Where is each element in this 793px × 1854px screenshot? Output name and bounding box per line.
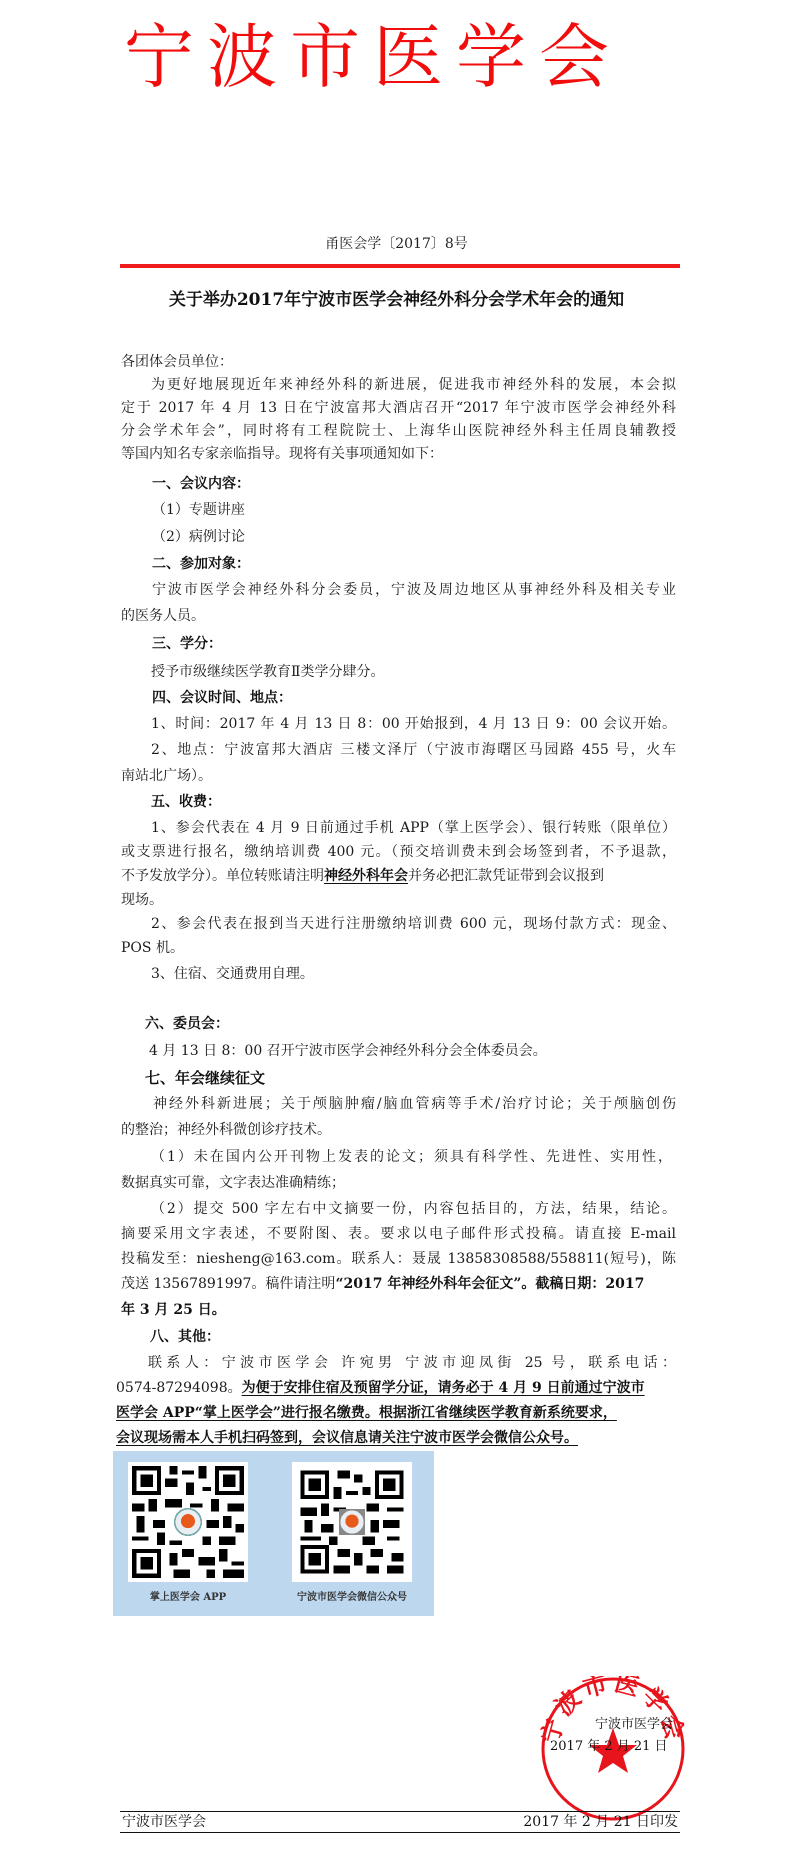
qr-caption-app: 掌上医学会 APP: [108, 1588, 268, 1603]
section-heading-3: 三、学分：: [152, 634, 707, 654]
text-span: 并务必把汇款凭证带到会议报到: [408, 868, 604, 884]
paragraph-line: 南站北广场）。: [121, 766, 676, 786]
paragraph-line: 神经外科新进展；关于颅脑肿瘤/脑血管病等手术/治疗讨论；关于颅脑创伤: [153, 1094, 676, 1114]
salutation: 各团体会员单位：: [121, 352, 676, 372]
footer-org: 宁波市医学会: [122, 1813, 206, 1831]
paragraph-line: 不予发放学分）。单位转账请注明神经外科年会并务必把汇款凭证带到会议报到: [121, 866, 676, 886]
intro-line: 等国内知名专家亲临指导。现将有关事项通知如下：: [121, 444, 676, 464]
signature-date: 2017 年 2 月 21 日: [550, 1735, 668, 1754]
section-heading-1: 一、会议内容：: [152, 474, 707, 494]
footer-rule-top: [120, 1811, 680, 1812]
paragraph-line: （1）未在国内公开刊物上发表的论文；须具有科学性、先进性、实用性，: [151, 1147, 672, 1167]
paragraph-line: 医学会 APP“掌上医学会”进行报名缴费。根据浙江省继续医学教育新系统要求，: [116, 1403, 671, 1423]
paragraph-line: 数据真实可靠，文字表达准确精练；: [121, 1173, 676, 1193]
list-item: （1）专题讲座: [152, 500, 707, 520]
paragraph-line: 宁波市医学会神经外科分会委员，宁波及周边地区从事神经外科及相关专业: [152, 580, 676, 600]
section-heading-5: 五、收费：: [151, 792, 706, 812]
paragraph-line: 0574-87294098。为便于安排住宿及预留学分证，请务必于 4 月 9 日…: [116, 1378, 671, 1398]
paragraph-line: 授予市级继续医学教育Ⅱ类学分肆分。: [151, 662, 706, 682]
paragraph-line: 投稿发至：niesheng@163.com。联系人：聂晟 13858308588…: [121, 1249, 676, 1269]
qr-code-icon[interactable]: [292, 1462, 412, 1582]
paragraph-line: 会议现场需本人手机扫码签到，会议信息请关注宁波市医学会微信公众号。: [116, 1428, 671, 1448]
section-heading-4: 四、会议时间、地点：: [152, 688, 707, 708]
section-heading-2: 二、参加对象：: [152, 554, 707, 574]
qr-caption-wechat: 宁波市医学会微信公众号: [272, 1588, 432, 1603]
paragraph-line: 的医务人员。: [121, 606, 676, 626]
text-span: 不予发放学分）。单位转账请注明: [121, 868, 324, 884]
section-heading-6: 六、委员会：: [145, 1014, 700, 1034]
phone-number: 0574-87294098。: [116, 1380, 242, 1396]
paragraph-line: 联系人：宁波市医学会 许宛男 宁波市迎凤街 25 号，联系电话：: [148, 1353, 676, 1373]
notice-title: 关于举办2017年宁波市医学会神经外科分会学术年会的通知: [0, 288, 793, 312]
paragraph-line: 4 月 13 日 8：00 召开宁波市医学会神经外科分会全体委员会。: [149, 1041, 704, 1061]
list-item: （2）病例讨论: [152, 527, 707, 547]
document-number: 甬医会学〔2017〕8号: [0, 234, 793, 254]
paragraph-line: （2）提交 500 字左右中文摘要一份，内容包括目的，方法，结果，结论。: [151, 1199, 676, 1219]
paragraph-line: 茂送 13567891997。稿件请注明“2017 年神经外科年会征文”。截稿日…: [121, 1274, 676, 1294]
paragraph-line: 2、参会代表在报到当天进行注册缴纳培训费 600 元，现场付款方式：现金、: [151, 914, 676, 934]
section-heading-7: 七、年会继续征文: [145, 1068, 700, 1088]
footer-rule-bottom: [120, 1832, 680, 1833]
signature-org: 宁波市医学会: [595, 1713, 673, 1732]
emphasis-text: 为便于安排住宿及预留学分证，请务必于 4 月 9 日前通过宁波市: [242, 1380, 645, 1396]
paragraph-line: 摘要采用文字表述，不要附图、表。要求以电子邮件形式投稿。请直接 E-mail: [121, 1224, 676, 1244]
intro-line: 分会学术年会”，同时将有工程院院士、上海华山医院神经外科主任周良辅教授: [121, 421, 676, 441]
paragraph-line: 现场。: [121, 890, 676, 910]
emphasis-text: 神经外科年会: [324, 868, 408, 884]
paragraph-line: 的整治；神经外科微创诊疗技术。: [121, 1120, 676, 1140]
qr-code-icon[interactable]: [128, 1462, 248, 1582]
paragraph-line: 或支票进行报名，缴纳培训费 400 元。（预交培训费未到会场签到者，不予退款，: [121, 842, 676, 862]
qr-code-panel: 掌上医学会 APP 宁波市医学会微信公众号: [113, 1451, 434, 1616]
section-heading-8: 八、其他：: [150, 1327, 705, 1347]
paragraph-line: 年 3 月 25 日。: [121, 1300, 676, 1320]
red-divider: [120, 264, 680, 268]
org-masthead: 宁波市医学会: [124, 14, 622, 100]
paragraph-line: 2、地点：宁波富邦大酒店 三楼文泽厅（宁波市海曙区马园路 455 号，火车: [151, 740, 676, 760]
footer-print-date: 2017 年 2 月 21 日印发: [518, 1813, 678, 1831]
emphasis-text: “2017 年神经外科年会征文”。截稿日期：2017: [335, 1276, 644, 1292]
text-span: 茂送 13567891997。稿件请注明: [121, 1276, 335, 1292]
intro-line: 为更好地展现近年来神经外科的新进展，促进我市神经外科的发展，本会拟: [151, 375, 676, 395]
paragraph-line: 1、参会代表在 4 月 9 日前通过手机 APP（掌上医学会）、银行转账（限单位…: [151, 818, 676, 838]
paragraph-line: 1、时间：2017 年 4 月 13 日 8：00 开始报到，4 月 13 日 …: [151, 714, 676, 734]
intro-line: 定于 2017 年 4 月 13 日在宁波富邦大酒店召开“2017 年宁波市医学…: [121, 398, 676, 418]
paragraph-line: 3、住宿、交通费用自理。: [151, 964, 706, 984]
paragraph-line: POS 机。: [121, 938, 676, 958]
